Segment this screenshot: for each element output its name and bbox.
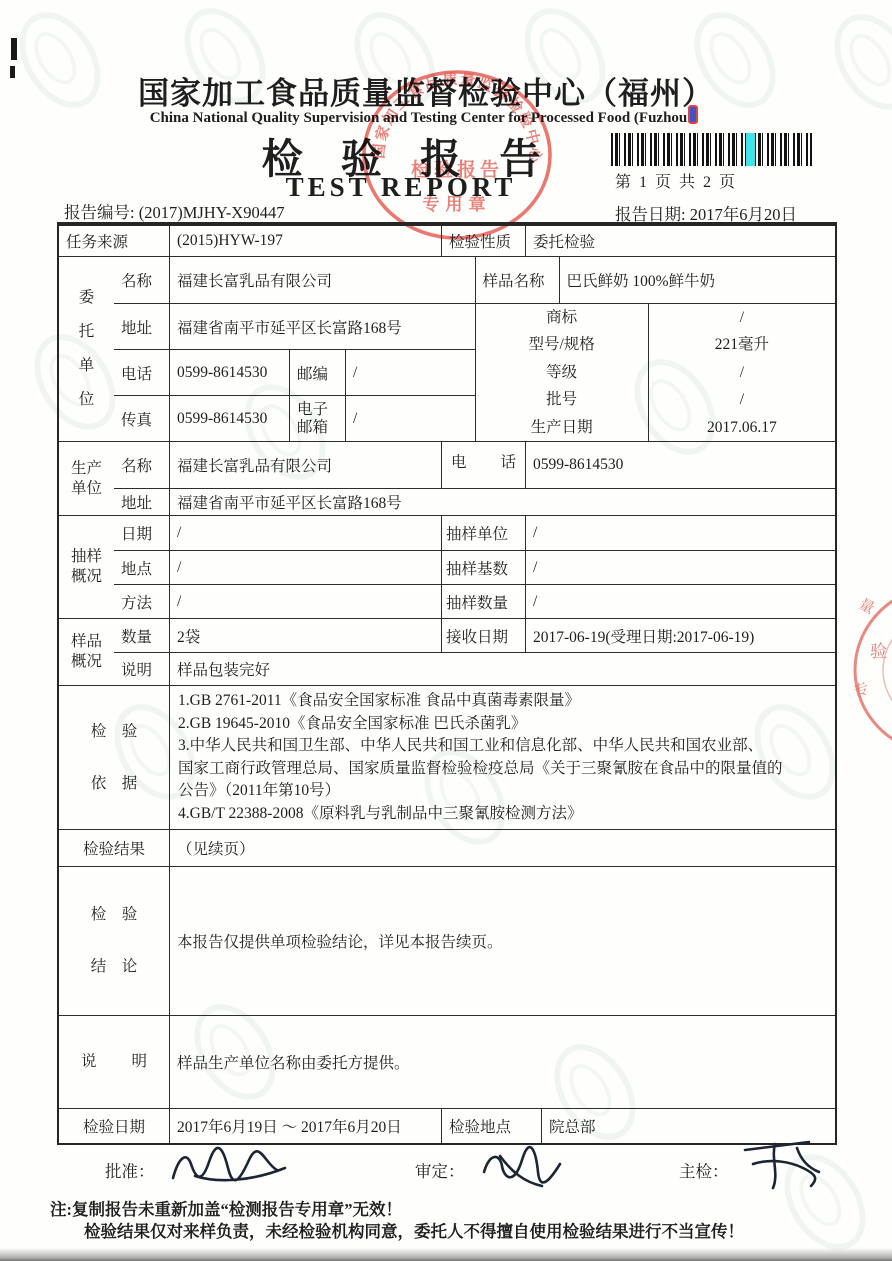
model-label: 型号/规格 xyxy=(524,331,598,359)
client-fax-value: 0599-8614530 xyxy=(169,396,289,441)
chief-signature xyxy=(739,1134,849,1196)
client-zip-value: / xyxy=(345,350,475,395)
producer-name-label: 名称 xyxy=(114,442,169,488)
scan-artifact-paren xyxy=(688,105,698,124)
remark-label: 说明 xyxy=(59,1019,169,1105)
grade-label: 等级 xyxy=(537,359,586,387)
client-block: 委 托 单 位 名称 福建长富乳品有限公司 地址 福建省南平市延平区长富路168… xyxy=(59,256,835,441)
scan-speck xyxy=(11,38,17,60)
sampling-place-label: 地点 xyxy=(114,551,169,584)
result-row: 检验结果 （见续页） xyxy=(59,829,835,866)
trademark-value: / xyxy=(740,304,744,332)
desc-label: 说明 xyxy=(114,653,169,685)
sampling-place-value: / xyxy=(169,551,441,584)
client-addr-label: 地址 xyxy=(114,304,169,349)
receive-date-value: 2017-06-19(受理日期:2017-06-19) xyxy=(525,619,835,652)
test-nature-label: 检验性质 xyxy=(441,226,525,256)
receive-date-label: 接收日期 xyxy=(441,619,525,652)
basis-block: 检 验 依 据 1.GB 2761-2011《食品安全国家标准 食品中真菌毒素限… xyxy=(59,685,835,829)
approve-signature xyxy=(165,1142,305,1194)
chief-label: 主检： xyxy=(679,1158,729,1182)
conclusion-label: 检 验 结 论 xyxy=(59,867,169,1015)
sample-overview-group-label: 样品 概况 xyxy=(59,619,114,685)
test-nature-value: 委托检验 xyxy=(525,226,835,256)
prod-date-value: 2017.06.17 xyxy=(707,414,777,442)
remark-value: 样品生产单位名称由委托方提供。 xyxy=(169,1016,835,1108)
task-source-value: (2015)HYW-197 xyxy=(169,226,441,256)
sample-name-label: 样品名称 xyxy=(475,257,559,303)
footer-note-1: 注:复制报告未重新加盖“检测报告专用章”无效！ xyxy=(50,1196,402,1220)
scan-bottom-edge xyxy=(0,1248,892,1261)
svg-text:专用章: 专用章 xyxy=(423,194,492,214)
result-label: 检验结果 xyxy=(59,830,169,866)
client-tel-value: 0599-8614530 xyxy=(169,350,289,395)
barcode-accent-band xyxy=(746,133,755,166)
approve-label: 批准： xyxy=(105,1158,155,1182)
client-name-label: 名称 xyxy=(114,257,169,303)
basis-line: 国家工商行政管理总局、国家质量监督检验检疫总局《关于三聚氰胺在食品中的限量值的 xyxy=(178,758,783,781)
desc-value: 样品包装完好 xyxy=(169,653,835,685)
basis-line: 4.GB/T 22388-2008《原料乳与乳制品中三聚氰胺检测方法》 xyxy=(178,803,582,826)
svg-text:验: 验 xyxy=(870,642,887,661)
batch-label: 批号 xyxy=(537,386,586,414)
sampling-date-value: / xyxy=(169,516,441,550)
sampling-org-label: 抽样单位 xyxy=(441,516,525,550)
grade-value: / xyxy=(740,359,744,387)
sampling-qty-label: 抽样数量 xyxy=(441,585,525,618)
report-table: 任务来源 (2015)HYW-197 检验性质 委托检验 委 托 单 位 名称 … xyxy=(57,222,837,1145)
test-date-row: 检验日期 2017年6月19日 ～ 2017年6月20日 检验地点 院总部 xyxy=(59,1108,835,1143)
scan-speck xyxy=(10,66,15,78)
footer-note-2: 检验结果仅对来样负责，未经检验机构同意，委托人不得擅自使用检验结果进行不当宣传！ xyxy=(84,1218,744,1242)
test-location-label: 检验地点 xyxy=(441,1109,541,1143)
producer-addr-value: 福建省南平市延平区长富路168号 xyxy=(169,489,835,515)
test-date-value: 2017年6月19日 ～ 2017年6月20日 xyxy=(169,1109,441,1143)
batch-value: / xyxy=(740,386,744,414)
trademark-label: 商标 xyxy=(537,304,586,332)
model-value: 221毫升 xyxy=(715,331,769,359)
conclusion-row: 检 验 结 论 本报告仅提供单项检验结论，详见本报告续页。 xyxy=(59,866,835,1015)
svg-text:国家加工食品质量监督检验中心: 国家加工食品质量监督检验中心 xyxy=(370,70,545,165)
remark-row: 说明 样品生产单位名称由委托方提供。 xyxy=(59,1015,835,1108)
report-number: 报告编号: (2017)MJHY-X90447 xyxy=(64,199,284,223)
test-report-page: 国家加工食品质量监督检验中心（福州） China National Qualit… xyxy=(0,0,892,1261)
client-left-grid: 名称 福建长富乳品有限公司 地址 福建省南平市延平区长富路168号 电话 059… xyxy=(114,257,475,441)
sampling-method-value: / xyxy=(169,585,441,618)
sample-attr-values: / 221毫升 / / 2017.06.17 xyxy=(648,304,835,442)
sample-name-value: 巴氏鲜奶 100%鲜牛奶 xyxy=(559,257,836,303)
sample-info-grid: 样品名称 巴氏鲜奶 100%鲜牛奶 商标 型号/规格 等级 批号 生产日期 / … xyxy=(475,257,836,441)
producer-tel-label: 电话 xyxy=(441,442,525,488)
task-source-label: 任务来源 xyxy=(59,226,169,256)
prod-date-label: 生产日期 xyxy=(527,414,597,442)
basis-line: 1.GB 2761-2011《食品安全国家标准 食品中真菌毒素限量》 xyxy=(178,690,580,713)
svg-text:量: 量 xyxy=(856,596,877,618)
sampling-date-label: 日期 xyxy=(114,516,169,550)
review-label: 审定： xyxy=(415,1158,465,1182)
qty-label: 数量 xyxy=(114,619,169,652)
basis-line: 3.中华人民共和国卫生部、中华人民共和国工业和信息化部、中华人民共和国农业部、 xyxy=(178,735,763,758)
sampling-base-label: 抽样基数 xyxy=(441,551,525,584)
client-addr-value: 福建省南平市延平区长富路168号 xyxy=(169,304,475,349)
sampling-method-label: 方法 xyxy=(114,585,169,618)
sampling-group-label: 抽样 概况 xyxy=(59,516,114,618)
producer-name-value: 福建长富乳品有限公司 xyxy=(169,442,441,488)
basis-label: 检 验 依 据 xyxy=(59,686,169,829)
sampling-base-value: / xyxy=(525,551,835,584)
sampling-org-value: / xyxy=(525,516,835,550)
signature-row: 批准： 审定： 主检： xyxy=(57,1142,837,1194)
sampling-block: 抽样 概况 日期 / 抽样单位 / 地点 / 抽样基数 / 方法 / 抽样数 xyxy=(59,515,835,618)
result-value: （见续页） xyxy=(169,830,835,866)
review-signature xyxy=(472,1144,572,1194)
page-number-info: 第 1 页 共 2 页 xyxy=(615,169,737,192)
producer-block: 生产 单位 名称 福建长富乳品有限公司 电话 0599-8614530 地址 福… xyxy=(59,441,835,515)
basis-content: 1.GB 2761-2011《食品安全国家标准 食品中真菌毒素限量》 2.GB … xyxy=(169,686,835,829)
conclusion-value: 本报告仅提供单项检验结论，详见本报告续页。 xyxy=(169,867,835,1015)
table-row: 任务来源 (2015)HYW-197 检验性质 委托检验 xyxy=(59,226,835,256)
client-zip-label: 邮编 xyxy=(289,350,345,395)
svg-text:检验报告: 检验报告 xyxy=(411,158,503,181)
sample-attr-labels: 商标 型号/规格 等级 批号 生产日期 xyxy=(475,304,648,442)
sampling-qty-value: / xyxy=(525,585,835,618)
client-name-value: 福建长富乳品有限公司 xyxy=(169,257,475,303)
side-partial-stamp: 量 验 专 xyxy=(840,575,892,765)
client-group-label: 委 托 单 位 xyxy=(59,257,114,441)
client-email-value: / xyxy=(345,396,475,441)
client-tel-label: 电话 xyxy=(114,350,169,395)
qty-value: 2袋 xyxy=(169,619,441,652)
producer-group-label: 生产 单位 xyxy=(59,442,114,515)
basis-line: 2.GB 19645-2010《食品安全国家标准 巴氏杀菌乳》 xyxy=(178,713,526,736)
client-fax-label: 传真 xyxy=(114,396,169,441)
sample-overview-block: 样品 概况 数量 2袋 接收日期 2017-06-19(受理日期:2017-06… xyxy=(59,618,835,685)
test-date-label: 检验日期 xyxy=(59,1109,169,1143)
barcode xyxy=(611,133,812,166)
producer-addr-label: 地址 xyxy=(114,489,169,515)
producer-tel-value: 0599-8614530 xyxy=(525,442,835,488)
client-email-label: 电子 邮箱 xyxy=(289,396,345,441)
basis-line: 公告》（2011年第10号） xyxy=(178,780,340,803)
